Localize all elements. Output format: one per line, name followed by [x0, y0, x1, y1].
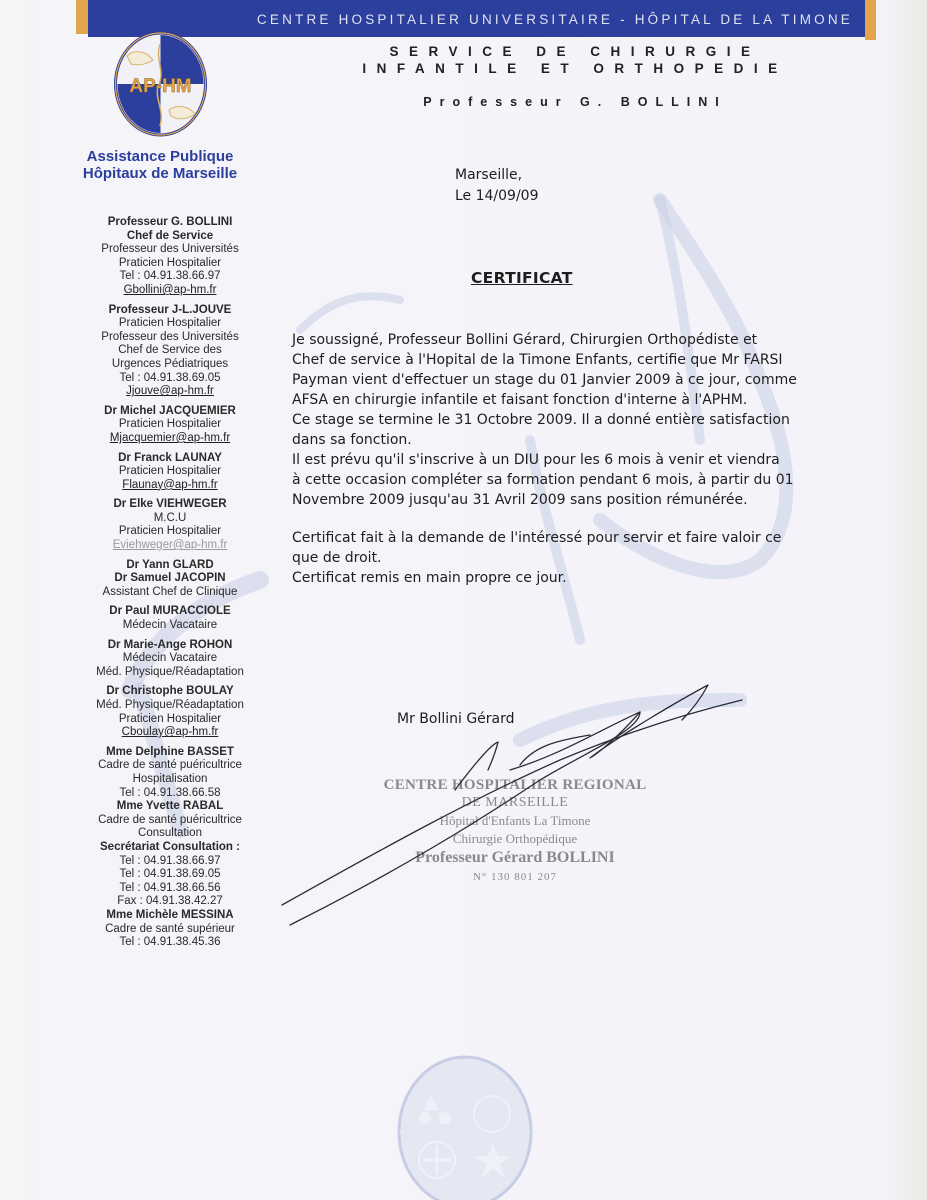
document-title: CERTIFICAT [471, 269, 573, 287]
aphm-logo-icon: AP-HM [113, 30, 208, 138]
staff-entry: Dr Elke VIEHWEGER M.C.U Praticien Hospit… [62, 498, 278, 552]
stamp-line: Hôpital d'Enfants La Timone [350, 812, 680, 830]
staff-role: Cadre de santé puéricultrice [62, 759, 278, 773]
date: Le 14/09/09 [455, 186, 539, 207]
staff-entry: Professeur J-L.JOUVE Praticien Hospitali… [62, 304, 278, 399]
organization-name-line2: Hôpitaux de Marseille [60, 165, 260, 182]
letter-paragraph: Je soussigné, Professeur Bollini Gérard,… [292, 330, 832, 510]
staff-role: Cadre de santé supérieur [62, 923, 278, 937]
staff-phone: Tel : 04.91.38.66.56 [62, 882, 278, 896]
staff-role: Professeur des Universités [62, 243, 278, 257]
staff-phone: Tel : 04.91.38.66.97 [62, 270, 278, 284]
staff-name: Dr Michel JACQUEMIER [62, 405, 278, 419]
staff-entry: Dr Christophe BOULAY Méd. Physique/Réada… [62, 685, 278, 739]
staff-fax: Fax : 04.91.38.42.27 [62, 895, 278, 909]
staff-role: Chef de Service [62, 230, 278, 244]
stamp-line: Professeur Gérard BOLLINI [350, 848, 680, 868]
service-title-line1: SERVICE DE CHIRURGIE [290, 43, 860, 60]
staff-entry: Dr Michel JACQUEMIER Praticien Hospitali… [62, 405, 278, 446]
banner-accent-right [865, 0, 876, 40]
staff-phone: Tel : 04.91.38.66.58 [62, 787, 278, 801]
staff-role: Professeur des Universités [62, 331, 278, 345]
banner-accent-left [76, 0, 88, 34]
stamp-line: Chirurgie Orthopédique [350, 830, 680, 848]
staff-name: Mme Michèle MESSINA [62, 909, 278, 923]
staff-phone: Tel : 04.91.38.66.97 [62, 855, 278, 869]
staff-name: Professeur J-L.JOUVE [62, 304, 278, 318]
staff-name: Dr Marie-Ange ROHON [62, 639, 278, 653]
staff-role: Médecin Vacataire [62, 619, 278, 633]
staff-name: Dr Franck LAUNAY [62, 452, 278, 466]
staff-phone: Tel : 04.91.38.45.36 [62, 936, 278, 950]
staff-name: Secrétariat Consultation : [62, 841, 278, 855]
letter-body: Je soussigné, Professeur Bollini Gérard,… [292, 330, 832, 588]
service-title-line2: INFANTILE ET ORTHOPEDIE [290, 60, 860, 77]
place-and-date: Marseille, Le 14/09/09 [455, 165, 539, 207]
staff-role: Praticien Hospitalier [62, 257, 278, 271]
banner-title: CENTRE HOSPITALIER UNIVERSITAIRE - HÔPIT… [257, 12, 853, 27]
staff-role: Praticien Hospitalier [62, 525, 278, 539]
staff-name: Mme Delphine BASSET [62, 746, 278, 760]
staff-role: Praticien Hospitalier [62, 465, 278, 479]
letter-paragraph: Certificat fait à la demande de l'intére… [292, 528, 832, 568]
official-stamp: CENTRE HOSPITALIER REGIONAL DE MARSEILLE… [350, 776, 680, 886]
svg-text:AP-HM: AP-HM [129, 76, 191, 97]
staff-email-link[interactable]: Mjacquemier@ap-hm.fr [62, 432, 278, 446]
staff-phone: Tel : 04.91.38.69.05 [62, 372, 278, 386]
staff-role: Méd. Physique/Réadaptation [62, 699, 278, 713]
staff-email-link[interactable]: Cboulay@ap-hm.fr [62, 726, 278, 740]
staff-directory: Professeur G. BOLLINI Chef de Service Pr… [62, 216, 278, 950]
staff-entry: Mme Michèle MESSINA Cadre de santé supér… [62, 909, 278, 950]
staff-role: Assistant Chef de Clinique [62, 586, 278, 600]
staff-role: Urgences Pédiatriques [62, 358, 278, 372]
staff-name: Professeur G. BOLLINI [62, 216, 278, 230]
staff-name: Dr Christophe BOULAY [62, 685, 278, 699]
staff-role: Médecin Vacataire [62, 652, 278, 666]
staff-name: Dr Elke VIEHWEGER [62, 498, 278, 512]
staff-role: M.C.U [62, 512, 278, 526]
secretariat-entry: Secrétariat Consultation : Tel : 04.91.3… [62, 841, 278, 909]
staff-phone: Tel : 04.91.38.69.05 [62, 868, 278, 882]
letter-paragraph: Certificat remis en main propre ce jour. [292, 568, 832, 588]
staff-entry: Dr Franck LAUNAY Praticien Hospitalier F… [62, 452, 278, 493]
stamp-number: N° 130 801 207 [350, 868, 680, 886]
service-title: SERVICE DE CHIRURGIE INFANTILE ET ORTHOP… [290, 43, 860, 77]
signatory-name: Mr Bollini Gérard [397, 711, 515, 727]
place: Marseille, [455, 165, 539, 186]
staff-name: Dr Paul MURACCIOLE [62, 605, 278, 619]
staff-entry: Professeur G. BOLLINI Chef de Service Pr… [62, 216, 278, 298]
staff-role: Chef de Service des [62, 344, 278, 358]
stamp-line: DE MARSEILLE [350, 794, 680, 812]
staff-entry: Dr Yann GLARD Dr Samuel JACOPIN Assistan… [62, 559, 278, 600]
staff-entry: Mme Yvette RABAL Cadre de santé puéricul… [62, 800, 278, 841]
coat-of-arms-watermark-icon [395, 1052, 535, 1200]
staff-email-link[interactable]: Gbollini@ap-hm.fr [62, 284, 278, 298]
staff-role: Praticien Hospitalier [62, 713, 278, 727]
stamp-line: CENTRE HOSPITALIER REGIONAL [350, 776, 680, 794]
department-head: Professeur G. BOLLINI [290, 95, 860, 109]
staff-entry: Dr Paul MURACCIOLE Médecin Vacataire [62, 605, 278, 632]
staff-role: Praticien Hospitalier [62, 317, 278, 331]
organization-name: Assistance Publique Hôpitaux de Marseill… [60, 148, 260, 182]
staff-role: Praticien Hospitalier [62, 418, 278, 432]
staff-email-link[interactable]: Flaunay@ap-hm.fr [62, 479, 278, 493]
organization-name-line1: Assistance Publique [60, 148, 260, 165]
staff-entry: Mme Delphine BASSET Cadre de santé puéri… [62, 746, 278, 800]
staff-name: Mme Yvette RABAL [62, 800, 278, 814]
staff-role: Cadre de santé puéricultrice [62, 814, 278, 828]
staff-name: Dr Yann GLARD [62, 559, 278, 573]
staff-entry: Dr Marie-Ange ROHON Médecin Vacataire Mé… [62, 639, 278, 680]
staff-role: Méd. Physique/Réadaptation [62, 666, 278, 680]
staff-email-link[interactable]: Jjouve@ap-hm.fr [62, 385, 278, 399]
staff-name: Dr Samuel JACOPIN [62, 572, 278, 586]
staff-role: Hospitalisation [62, 773, 278, 787]
staff-role: Consultation [62, 827, 278, 841]
staff-email-link[interactable]: Eviehweger@ap-hm.fr [62, 539, 278, 553]
